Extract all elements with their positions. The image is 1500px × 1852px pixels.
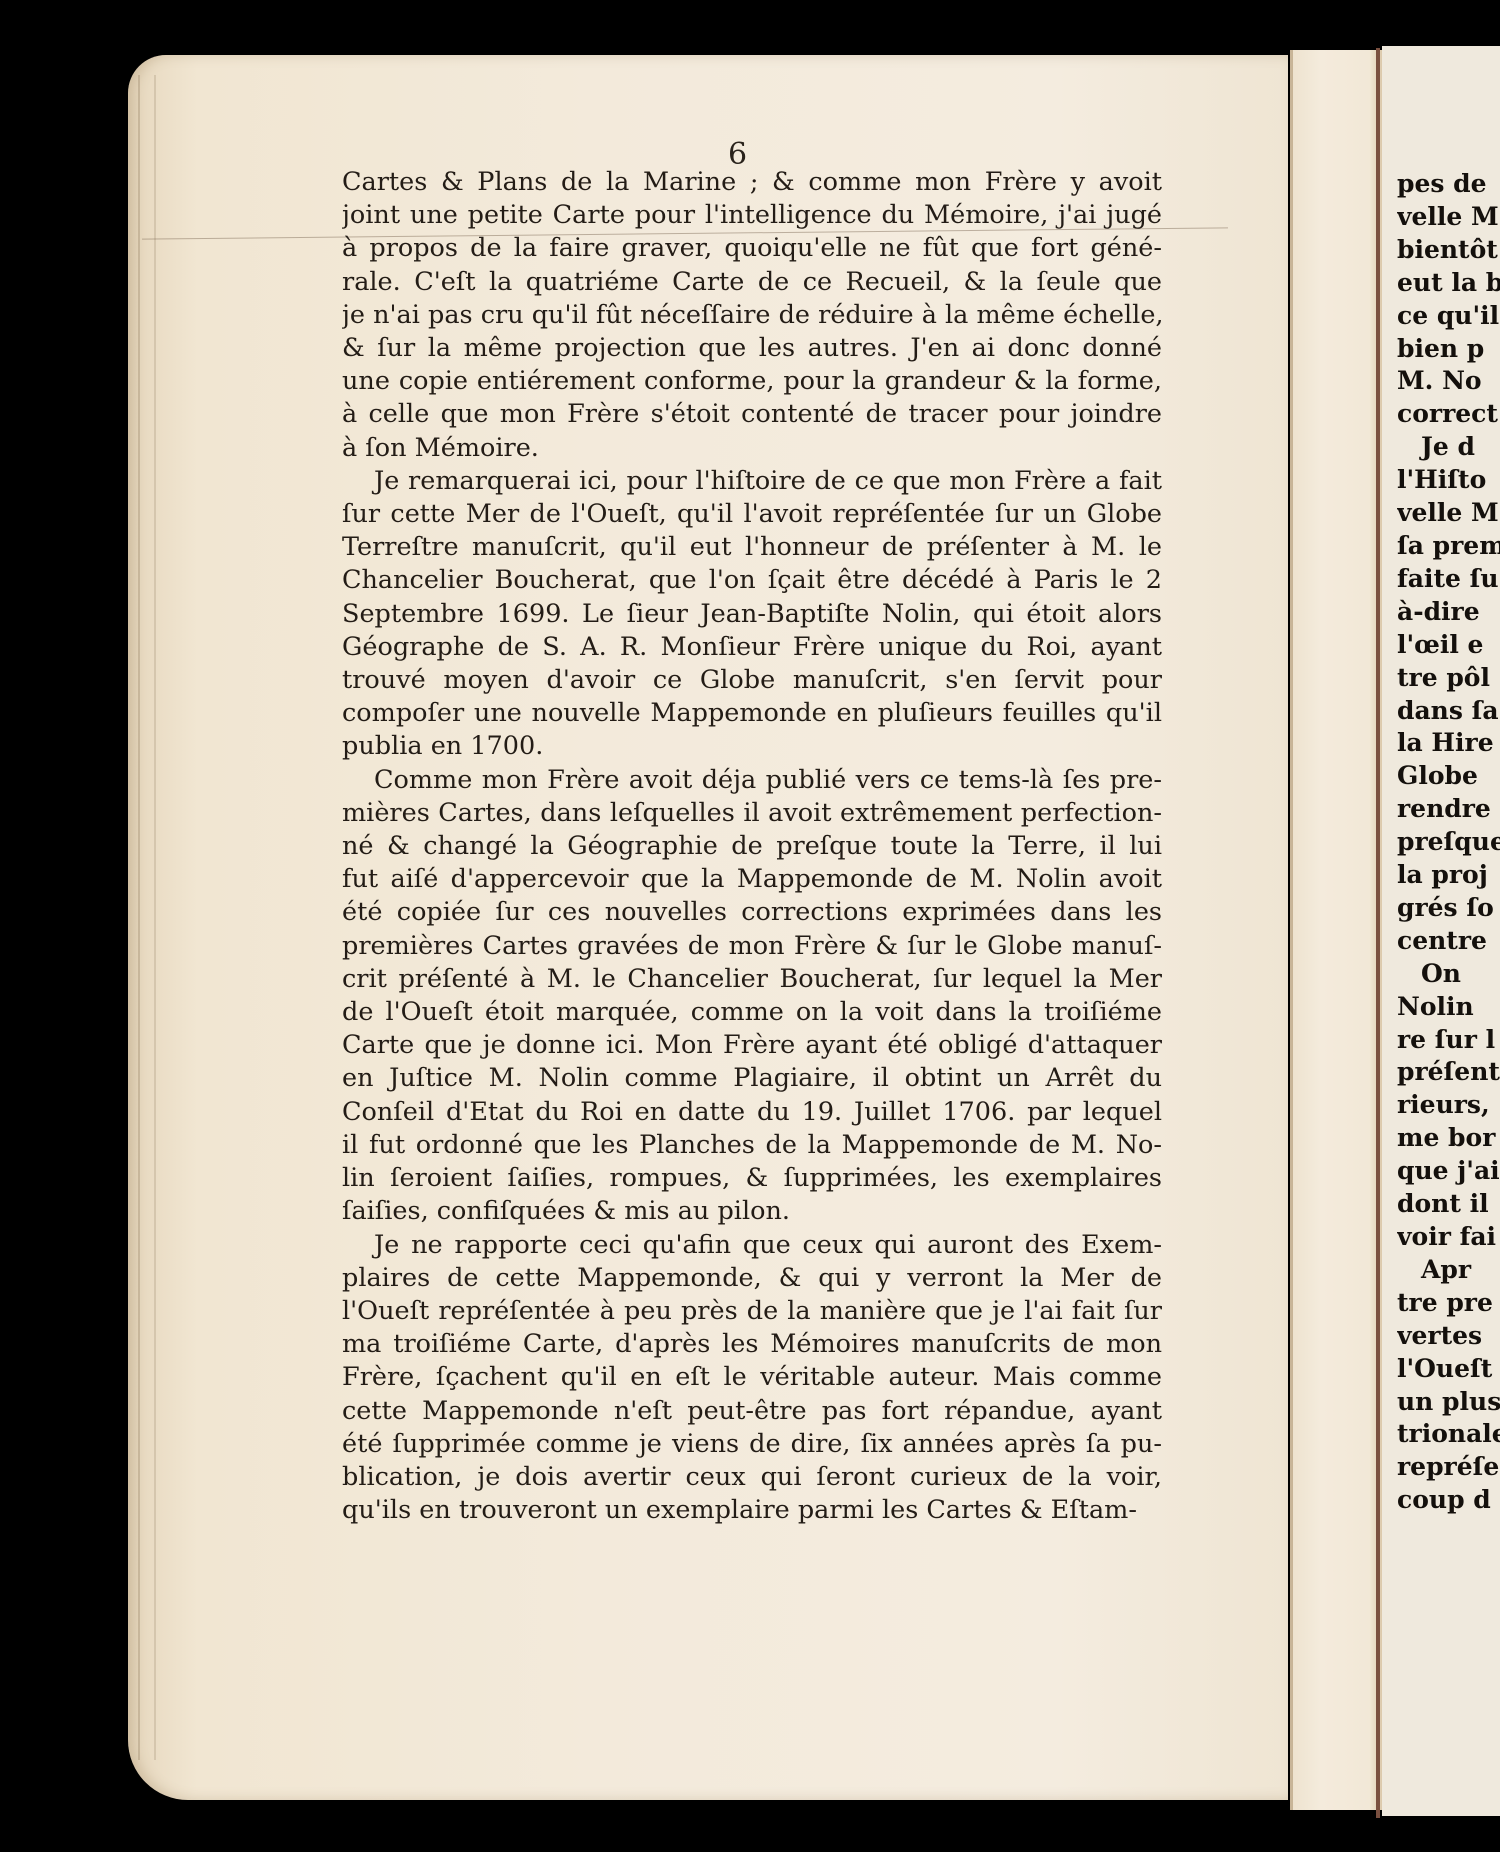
text-line: On: [1397, 958, 1500, 991]
paragraph: Je ne rapporte ceci qu'afin que ceux qui…: [342, 1229, 1162, 1528]
text-line: un plus: [1397, 1386, 1500, 1419]
text-line: Globe: [1397, 760, 1500, 793]
text-line: M. No: [1397, 365, 1500, 398]
text-line: Je d: [1397, 431, 1500, 464]
text-line: l'Oueſt repréſentée à peu près de la man…: [342, 1295, 1162, 1328]
text-line: Je ne rapporte ceci qu'afin que ceux qui…: [342, 1229, 1162, 1262]
text-line: une copie entiérement conforme, pour la …: [342, 365, 1162, 398]
text-line: preſque: [1397, 826, 1500, 859]
text-line: l'Oueſt: [1397, 1353, 1500, 1386]
text-line: vertes: [1397, 1320, 1500, 1353]
text-line: Frère, ſçachent qu'il en eſt le véritabl…: [342, 1361, 1162, 1394]
text-line: blication, je dois avertir ceux qui ſero…: [342, 1461, 1162, 1494]
text-line: qu'ils en trouveront un exemplaire parmi…: [342, 1494, 1162, 1527]
text-line: & ſur la même projection que les autres.…: [342, 332, 1162, 365]
text-line: me bor: [1397, 1122, 1500, 1155]
text-line: eut la b: [1397, 267, 1500, 300]
text-line: Cartes & Plans de la Marine ; & comme mo…: [342, 166, 1162, 199]
text-line: rieurs,: [1397, 1089, 1500, 1122]
text-line: la proj: [1397, 859, 1500, 892]
text-line: ſur cette Mer de l'Oueſt, qu'il l'avoit …: [342, 498, 1162, 531]
text-line: à ſon Mémoire.: [342, 432, 1162, 465]
text-line: Carte que je donne ici. Mon Frère ayant …: [342, 1029, 1162, 1062]
text-line: joint une petite Carte pour l'intelligen…: [342, 199, 1162, 232]
text-line: je n'ai pas cru qu'il fût néceſſaire de …: [342, 299, 1162, 332]
text-line: velle M: [1397, 201, 1500, 234]
text-line: Chancelier Boucherat, que l'on ſçait êtr…: [342, 564, 1162, 597]
text-line: ma troiſiéme Carte, d'après les Mémoires…: [342, 1328, 1162, 1361]
text-line: trouvé moyen d'avoir ce Globe manuſcrit,…: [342, 664, 1162, 697]
text-line: compoſer une nouvelle Mappemonde en pluſ…: [342, 697, 1162, 730]
text-line: été ſupprimée comme je viens de dire, ſi…: [342, 1428, 1162, 1461]
text-line: trionale: [1397, 1418, 1500, 1451]
text-line: lin ſeroient ſaiſies, rompues, & ſupprim…: [342, 1162, 1162, 1195]
binding-edge: [1376, 48, 1380, 1818]
text-line: dans ſa: [1397, 695, 1500, 728]
text-line: tre pre: [1397, 1287, 1500, 1320]
text-line: Terreſtre manuſcrit, qu'il eut l'honneur…: [342, 531, 1162, 564]
text-line: la Hire: [1397, 727, 1500, 760]
text-line: ſa prem: [1397, 530, 1500, 563]
paragraph: Je remarquerai ici, pour l'hiſtoire de c…: [342, 465, 1162, 764]
text-line: plaires de cette Mappemonde, & qui y ver…: [342, 1262, 1162, 1295]
right-page-text: pes develle Mbientôteut la bce qu'ilbien…: [1397, 168, 1500, 1517]
text-line: velle M: [1397, 497, 1500, 530]
text-line: crit préſenté à M. le Chancelier Boucher…: [342, 963, 1162, 996]
text-line: l'œil e: [1397, 629, 1500, 662]
text-line: à-dire: [1397, 596, 1500, 629]
text-line: préſent: [1397, 1056, 1500, 1089]
text-line: fut aiſé d'appercevoir que la Mappemonde…: [342, 863, 1162, 896]
text-line: Septembre 1699. Le ſieur Jean-Baptiſte N…: [342, 598, 1162, 631]
paragraph: Cartes & Plans de la Marine ; & comme mo…: [342, 166, 1162, 465]
text-line: faite ſu: [1397, 563, 1500, 596]
text-line: Apr: [1397, 1254, 1500, 1287]
text-line: Nolin: [1397, 991, 1500, 1024]
text-line: correct: [1397, 398, 1500, 431]
text-line: tre pôl: [1397, 662, 1500, 695]
body-text: Cartes & Plans de la Marine ; & comme mo…: [342, 166, 1162, 1527]
text-line: publia en 1700.: [342, 730, 1162, 763]
text-line: à celle que mon Frère s'étoit contenté d…: [342, 398, 1162, 431]
page-gutter: [1290, 50, 1383, 1810]
text-line: en Juſtice M. Nolin comme Plagiaire, il …: [342, 1062, 1162, 1095]
text-line: pes de: [1397, 168, 1500, 201]
text-line: Comme mon Frère avoit déja publié vers c…: [342, 764, 1162, 797]
text-line: centre: [1397, 925, 1500, 958]
text-line: rale. C'eſt la quatriéme Carte de ce Rec…: [342, 266, 1162, 299]
text-line: grés ſo: [1397, 892, 1500, 925]
text-line: Géographe de S. A. R. Monſieur Frère uni…: [342, 631, 1162, 664]
text-line: voir fai: [1397, 1221, 1500, 1254]
text-line: né & changé la Géographie de preſque tou…: [342, 830, 1162, 863]
text-line: de l'Oueſt étoit marquée, comme on la vo…: [342, 996, 1162, 1029]
text-line: à propos de la faire graver, quoiqu'elle…: [342, 232, 1162, 265]
text-line: cette Mappemonde n'eſt peut-être pas for…: [342, 1395, 1162, 1428]
text-line: repréſe: [1397, 1451, 1500, 1484]
text-line: re ſur l: [1397, 1024, 1500, 1057]
text-line: l'Hiſto: [1397, 464, 1500, 497]
text-line: ce qu'il: [1397, 300, 1500, 333]
paragraph: Comme mon Frère avoit déja publié vers c…: [342, 764, 1162, 1229]
text-line: ſaiſies, confiſquées & mis au pilon.: [342, 1195, 1162, 1228]
text-line: Je remarquerai ici, pour l'hiſtoire de c…: [342, 465, 1162, 498]
text-line: été copiée ſur ces nouvelles corrections…: [342, 896, 1162, 929]
text-line: Conſeil d'Etat du Roi en datte du 19. Ju…: [342, 1096, 1162, 1129]
text-line: rendre: [1397, 793, 1500, 826]
text-line: bientôt: [1397, 234, 1500, 267]
text-line: que j'ai: [1397, 1155, 1500, 1188]
text-line: bien p: [1397, 333, 1500, 366]
text-line: dont il: [1397, 1188, 1500, 1221]
text-line: mières Cartes, dans leſquelles il avoit …: [342, 797, 1162, 830]
text-line: premières Cartes gravées de mon Frère & …: [342, 930, 1162, 963]
text-line: il fut ordonné que les Planches de la Ma…: [342, 1129, 1162, 1162]
text-line: coup d: [1397, 1484, 1500, 1517]
